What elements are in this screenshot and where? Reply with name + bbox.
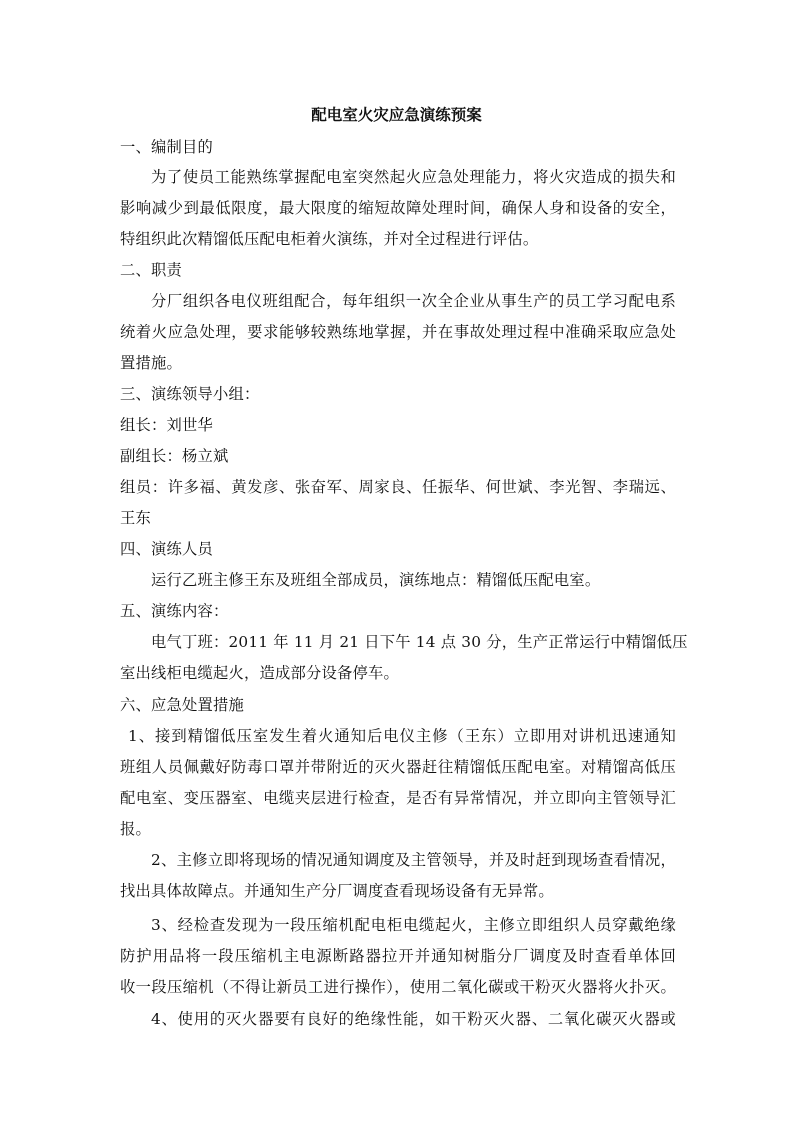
section-heading-measures: 六、应急处置措施 [120,695,676,715]
members-line: 王东 [120,508,676,528]
paragraph-line: 置措施。 [120,353,676,373]
measure-item-1-line: 配电室、变压器室、电缆夹层进行检查，是否有异常情况，并立即向主管领导汇 [120,788,676,808]
section-heading-responsibility: 二、职责 [120,260,676,280]
measure-item-4-line: 4、使用的灭火器要有良好的绝缘性能，如干粉灭火器、二氧化碳灭火器或 [151,1009,676,1029]
measure-item-1-line: 报。 [120,819,676,839]
deputy-leader-line: 副组长：杨立斌 [120,446,676,466]
measure-item-1-line: 班组人员佩戴好防毒口罩并带附近的灭火器赶往精馏低压配电室。对精馏高低压 [120,757,676,777]
section-heading-purpose: 一、编制目的 [120,137,676,157]
measure-item-2-line: 找出具体故障点。并通知生产分厂调度查看现场设备有无异常。 [120,881,676,901]
measure-item-3-line: 3、经检查发现为一段压缩机配电柜电缆起火，主修立即组织人员穿戴绝缘 [151,915,676,935]
paragraph-line: 运行乙班主修王东及班组全部成员，演练地点：精馏低压配电室。 [151,570,676,590]
paragraph-line: 分厂组织各电仪班组配合，每年组织一次全企业从事生产的员工学习配电系 [151,291,676,311]
paragraph-line: 统着火应急处理，要求能够较熟练地掌握，并在事故处理过程中准确采取应急处 [120,322,676,342]
measure-item-3-line: 防护用品将一段压缩机主电源断路器拉开并通知树脂分厂调度及时查看单体回 [120,946,676,966]
measure-item-3-line: 收一段压缩机（不得让新员工进行操作），使用二氧化碳或干粉灭火器将火扑灭。 [120,977,676,997]
members-line: 组员：许多福、黄发彦、张奋军、周家良、任振华、何世斌、李光智、李瑞远、 [120,477,676,497]
section-heading-personnel: 四、演练人员 [120,539,676,559]
section-heading-content: 五、演练内容： [120,601,676,621]
paragraph-line: 影响减少到最低限度，最大限度的缩短故障处理时间，确保人身和设备的安全， [120,198,676,218]
document-title: 配电室火灾应急演练预案 [0,104,793,126]
leader-line: 组长：刘世华 [120,415,676,435]
paragraph-line: 电气丁班：2011 年 11 月 21 日下午 14 点 30 分，生产正常运行… [151,632,676,652]
document-page: 配电室火灾应急演练预案 一、编制目的 为了使员工能熟练掌握配电室突然起火应急处理… [0,0,793,1122]
paragraph-line: 室出线柜电缆起火，造成部分设备停车。 [120,663,676,683]
paragraph-line: 为了使员工能熟练掌握配电室突然起火应急处理能力，将火灾造成的损失和 [151,167,676,187]
measure-item-1-line: 1、接到精馏低压室发生着火通知后电仪主修（王东）立即用对讲机迅速通知 [128,726,676,746]
paragraph-line: 特组织此次精馏低压配电柜着火演练，并对全过程进行评估。 [120,229,676,249]
section-heading-leadership: 三、演练领导小组： [120,384,676,404]
measure-item-2-line: 2、主修立即将现场的情况通知调度及主管领导，并及时赶到现场查看情况， [151,850,676,870]
